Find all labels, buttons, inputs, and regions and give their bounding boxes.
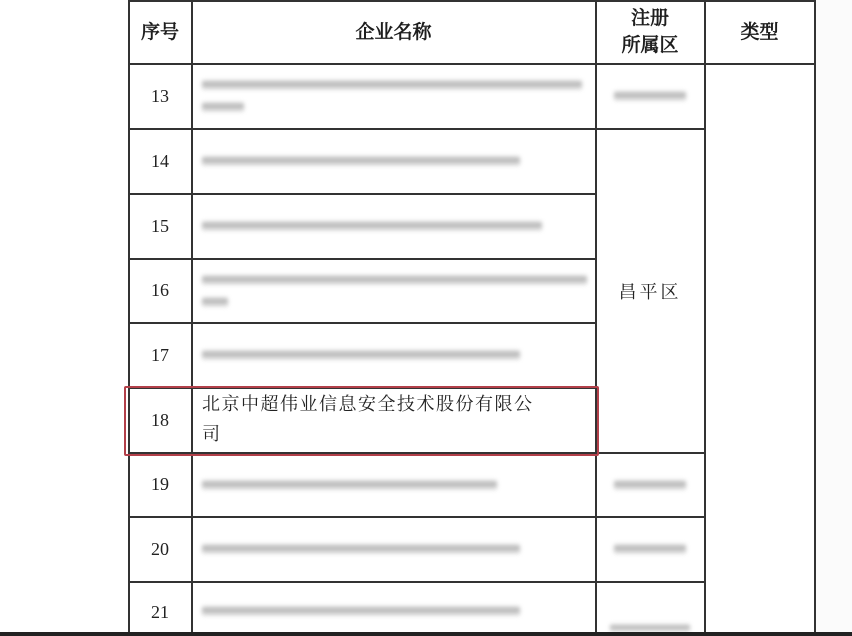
company-name-redacted [192, 517, 595, 581]
header-index: 序号 [129, 1, 191, 63]
header-district-line1: 注册 [631, 5, 669, 32]
district-redacted [596, 517, 704, 581]
company-name-redacted [192, 259, 595, 322]
company-name-redacted [192, 582, 595, 632]
district-redacted [596, 453, 704, 516]
header-district-line2: 所属区 [621, 32, 678, 59]
grid-line [704, 0, 706, 632]
highlight-box [124, 386, 599, 456]
grid-line [814, 0, 816, 632]
company-name-redacted [192, 323, 595, 387]
company-name-redacted [192, 453, 595, 516]
header-company-name: 企业名称 [192, 1, 595, 63]
header-district: 注册 所属区 [596, 1, 704, 63]
row-index: 13 [129, 64, 191, 128]
row-index: 15 [129, 194, 191, 258]
row-index: 20 [129, 517, 191, 581]
company-name-redacted [192, 129, 595, 193]
header-type: 类型 [705, 1, 814, 63]
row-index: 14 [129, 129, 191, 193]
page-margin [815, 0, 852, 632]
bottom-border [0, 632, 852, 636]
row-index: 17 [129, 323, 191, 387]
company-name-redacted [192, 64, 595, 128]
company-name-redacted [192, 194, 595, 258]
row-index: 19 [129, 453, 191, 516]
row-index: 16 [129, 259, 191, 322]
district-changping: 昌平区 [596, 129, 704, 452]
district-redacted [596, 64, 704, 128]
district-redacted [596, 582, 704, 632]
row-index: 21 [129, 582, 191, 632]
